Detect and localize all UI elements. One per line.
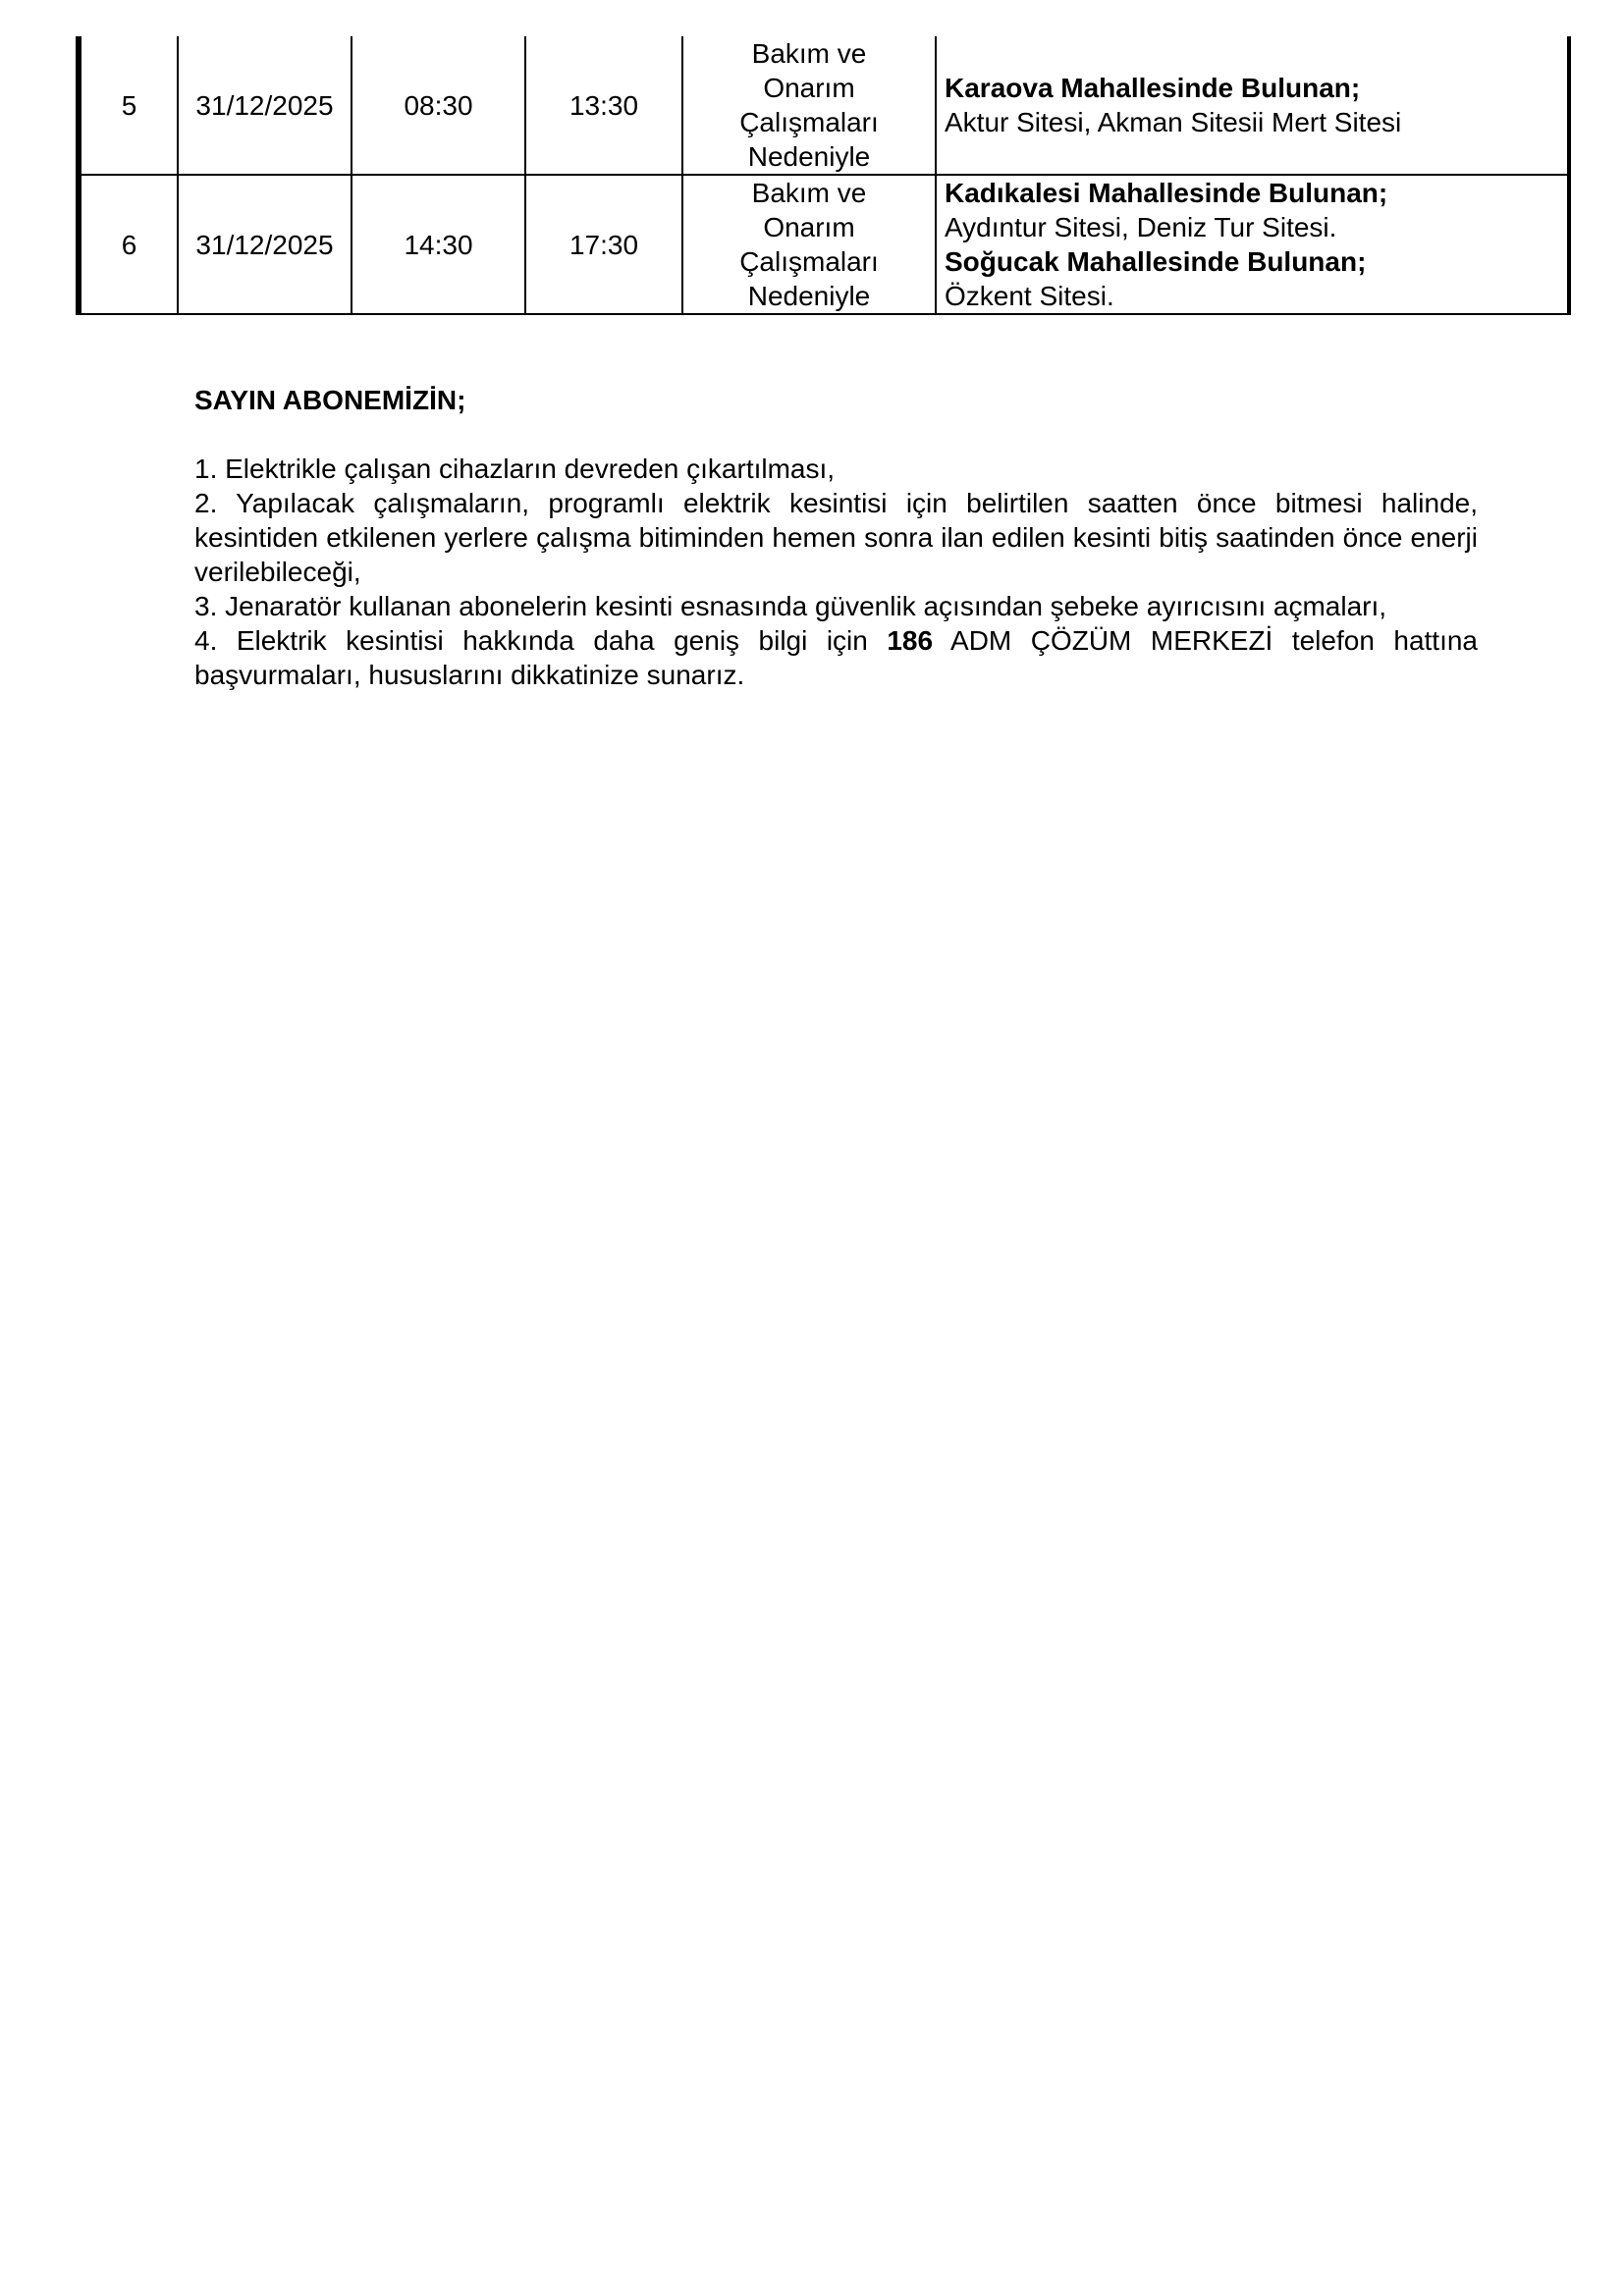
notice-item: 1. Elektrikle çalışan cihazların devrede…: [194, 452, 1478, 486]
row-number: 5: [79, 36, 178, 175]
reason-line: Onarım: [683, 71, 935, 105]
outage-date: 31/12/2025: [178, 36, 352, 175]
hotline-number: 186: [887, 625, 933, 656]
site-list: Özkent Sitesi.: [945, 279, 1567, 313]
notice-item: 4. Elektrik kesintisi hakkında daha geni…: [194, 623, 1478, 692]
reason-line: Nedeniyle: [683, 279, 935, 313]
affected-locations: Kadıkalesi Mahallesinde Bulunan; Aydıntu…: [936, 175, 1569, 314]
outage-reason: Bakım ve Onarım Çalışmaları Nedeniyle: [682, 36, 936, 175]
end-time: 17:30: [525, 175, 682, 314]
site-list: Aktur Sitesi, Akman Sitesii Mert Sitesi: [945, 105, 1567, 139]
notice-title: SAYIN ABONEMİZİN;: [194, 383, 1478, 417]
notice-item: 3. Jenaratör kullanan abonelerin kesinti…: [194, 589, 1478, 623]
affected-locations: Karaova Mahallesinde Bulunan; Aktur Site…: [936, 36, 1569, 175]
reason-line: Çalışmaları: [683, 105, 935, 139]
reason-line: Nedeniyle: [683, 139, 935, 174]
outage-reason: Bakım ve Onarım Çalışmaları Nedeniyle: [682, 175, 936, 314]
start-time: 08:30: [352, 36, 525, 175]
notice-item: 2. Yapılacak çalışmaların, programlı ele…: [194, 486, 1478, 589]
start-time: 14:30: [352, 175, 525, 314]
reason-line: Çalışmaları: [683, 244, 935, 279]
notice-item-text: 4. Elektrik kesintisi hakkında daha geni…: [194, 625, 887, 656]
outage-date: 31/12/2025: [178, 175, 352, 314]
neighborhood-heading: Kadıkalesi Mahallesinde Bulunan;: [945, 176, 1567, 210]
end-time: 13:30: [525, 36, 682, 175]
customer-notice: SAYIN ABONEMİZİN; 1. Elektrikle çalışan …: [194, 383, 1478, 692]
neighborhood-heading: Karaova Mahallesinde Bulunan;: [945, 71, 1567, 105]
table-row: 5 31/12/2025 08:30 13:30 Bakım ve Onarım…: [79, 36, 1569, 175]
row-number: 6: [79, 175, 178, 314]
table-row: 6 31/12/2025 14:30 17:30 Bakım ve Onarım…: [79, 175, 1569, 314]
reason-line: Bakım ve: [683, 176, 935, 210]
site-list: Aydıntur Sitesi, Deniz Tur Sitesi.: [945, 210, 1567, 244]
reason-line: Onarım: [683, 210, 935, 244]
reason-line: Bakım ve: [683, 36, 935, 71]
neighborhood-heading: Soğucak Mahallesinde Bulunan;: [945, 244, 1567, 279]
outage-schedule-table: 5 31/12/2025 08:30 13:30 Bakım ve Onarım…: [76, 36, 1571, 315]
